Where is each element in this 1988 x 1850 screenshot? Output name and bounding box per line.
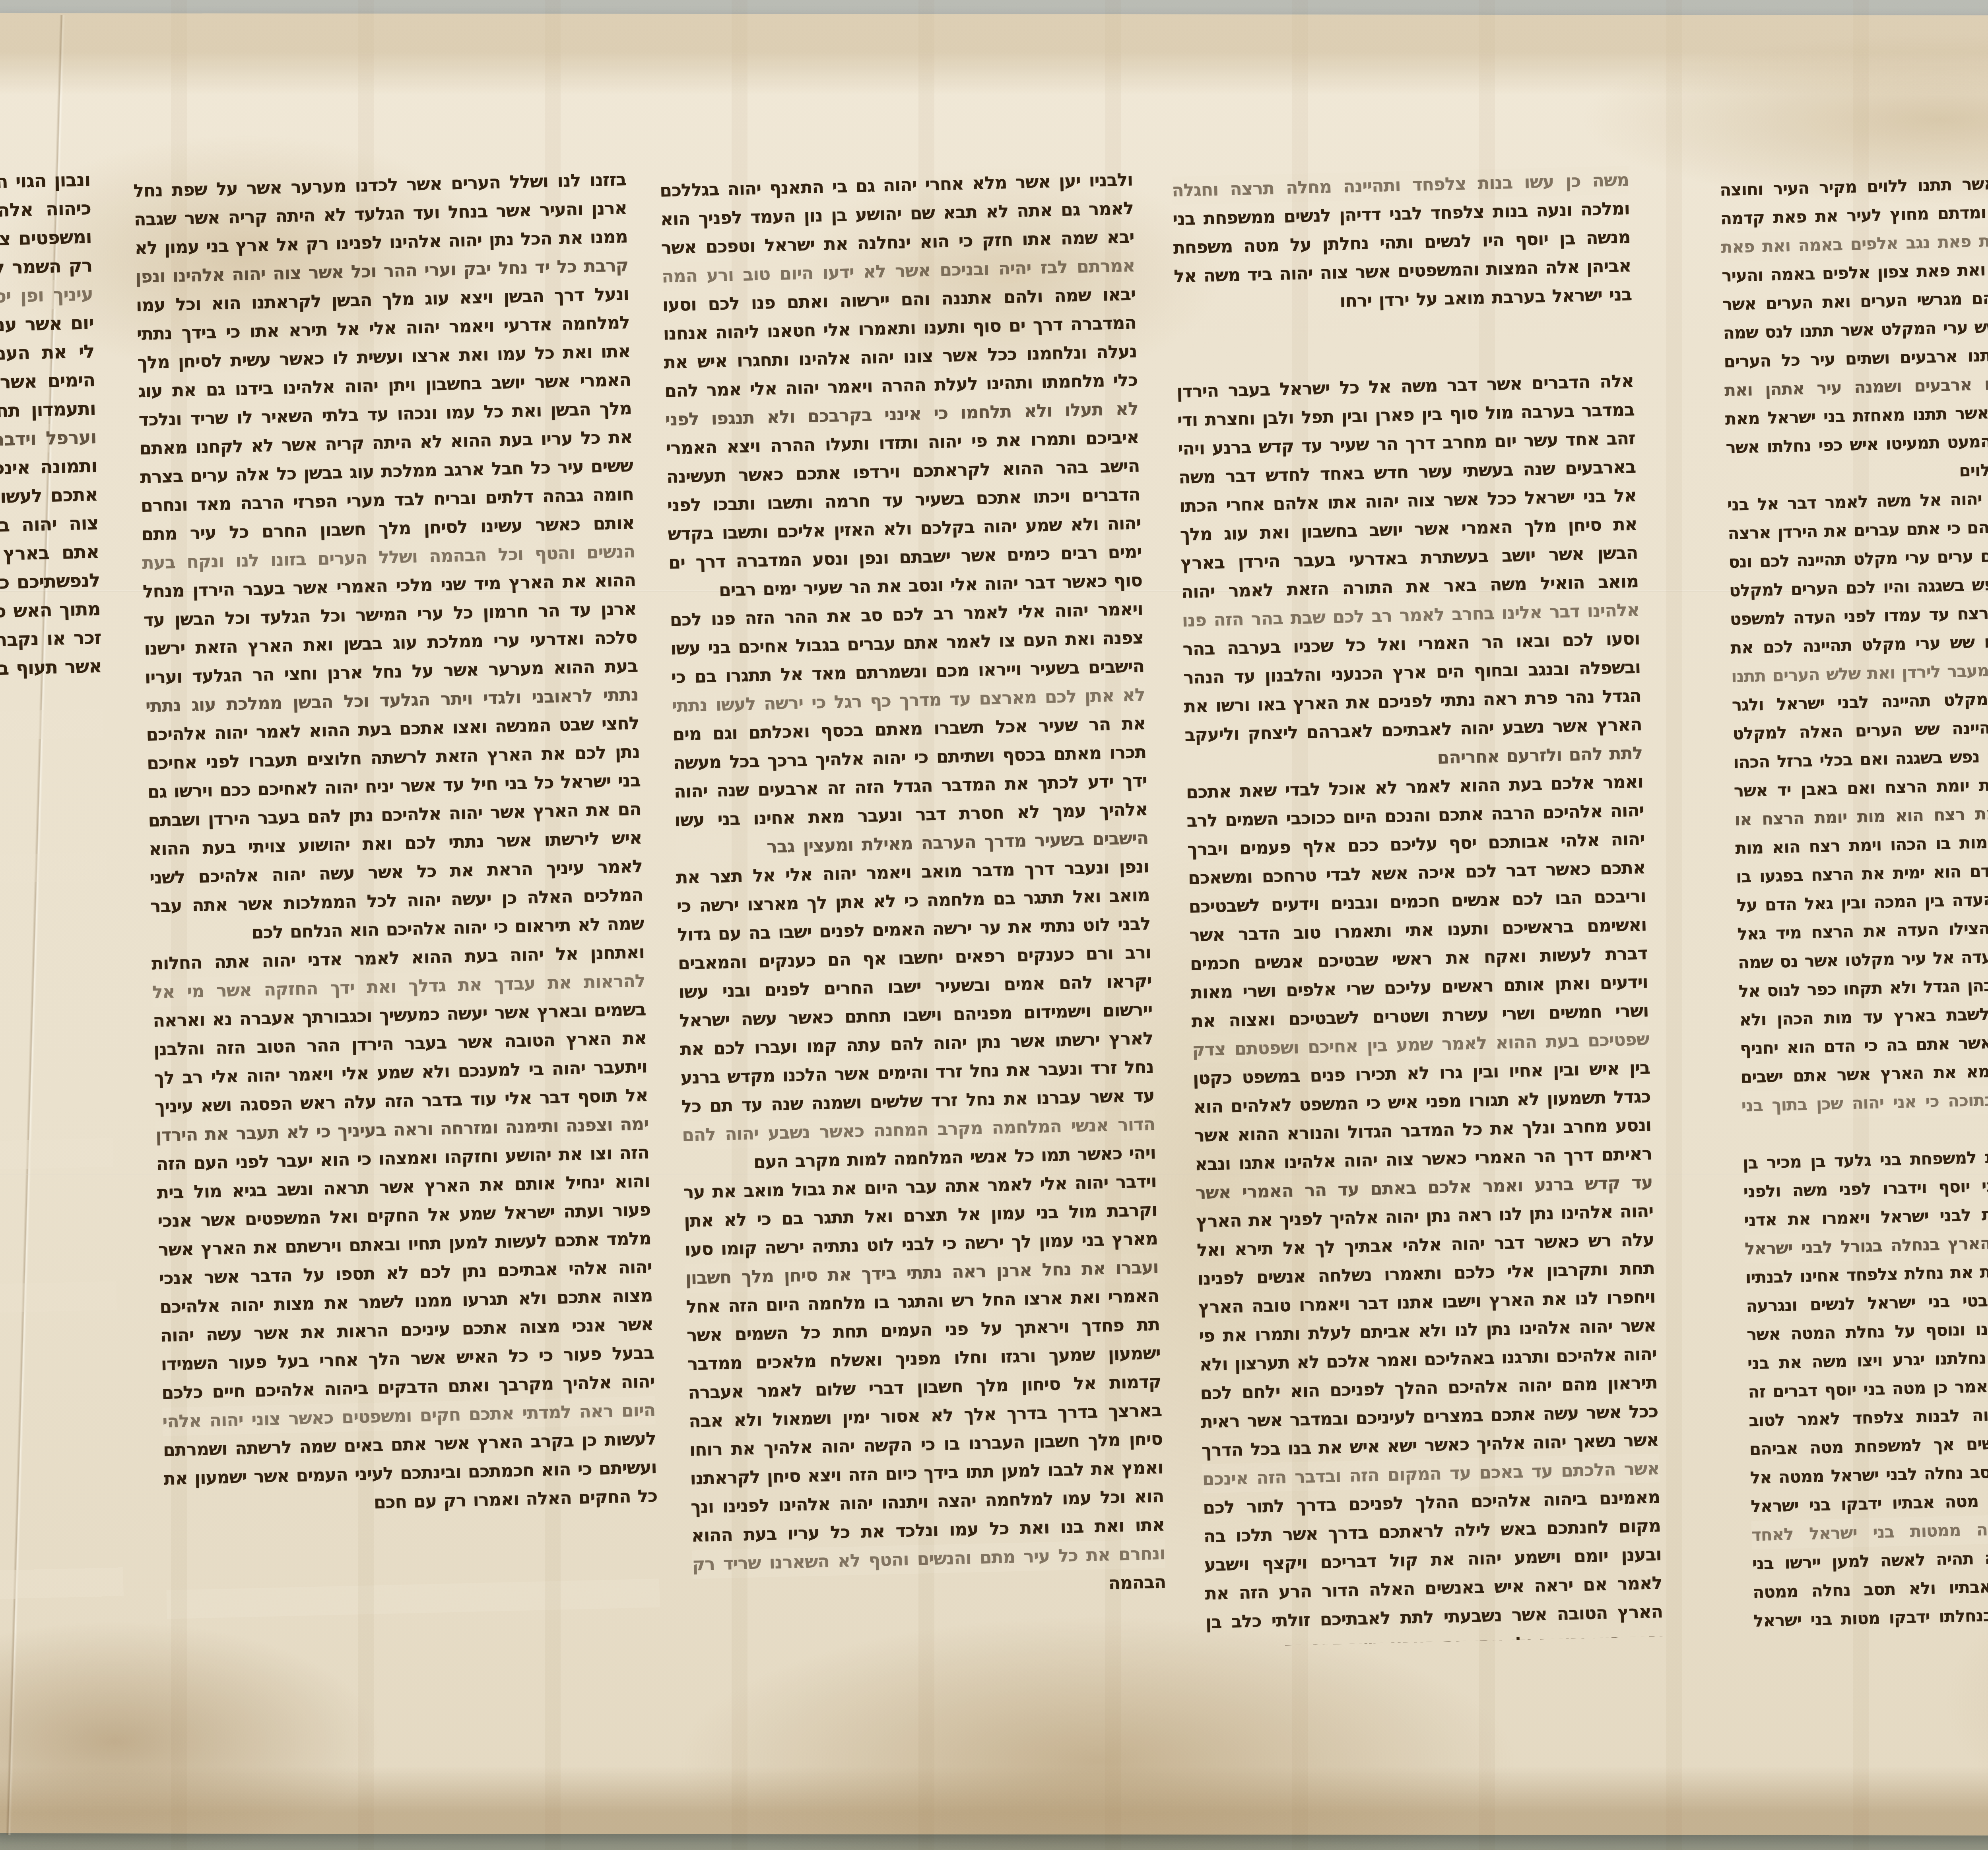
- text-column-wilderness-years: ולבניו יען אשר מלא אחרי יהוה גם בי התאנף…: [660, 165, 1167, 1647]
- column-paragraph: ואמר אלכם בעת ההוא לאמר לא אוכל לבדי שאת…: [1186, 768, 1663, 1647]
- column-paragraph: ויקרבו ראשי האבות למשפחת בני גלעד בן מכי…: [1742, 1140, 1988, 1646]
- torah-scroll-photo: בחר הגדגד ויחנו ביטבתה ויסעו מיטבתה ויחנ…: [0, 0, 1988, 1850]
- setumah-gap: [676, 852, 767, 855]
- book-break-space: [1175, 309, 1633, 378]
- text-column-deuteronomy-opening: משה כן עשו בנות צלפחד ותהיינה מחלה תרצה …: [1172, 166, 1664, 1647]
- column-paragraph: ולבניו יען אשר מלא אחרי יהוה גם בי התאנף…: [660, 165, 1143, 606]
- text-column-levitical-cities: ומגרשי הערים אשר תתנו ללוים מקיר העיר וח…: [1720, 167, 1988, 1646]
- column-paragraph: ונבון הגוי הגדול הזה כי מי גוי גדול אשר …: [0, 165, 102, 692]
- column-paragraph: וידבר יהוה אלי לאמר אתה עבר היום את גבול…: [683, 1167, 1166, 1608]
- column-paragraph: ומגרשי הערים אשר תתנו ללוים מקיר העיר וח…: [1720, 167, 1988, 491]
- column-paragraph: ואתחנן אל יהוה בעת ההוא לאמר אדני יהוה א…: [151, 938, 658, 1522]
- column-paragraph: ויאמר יהוה אלי לאמר רב לכם סב את ההר הזה…: [670, 595, 1156, 1178]
- numbers-conclusion: משה כן עשו בנות צלפחד ותהיינה מחלה תרצה …: [1172, 166, 1632, 320]
- column-paragraph: וידבר יהוה אל משה לאמר דבר אל בני ישראל …: [1727, 481, 1988, 1149]
- deuteronomy-1-1: אלה הדברים אשר דבר משה אל כל ישראל בעבר …: [1176, 367, 1642, 778]
- column-paragraph: בזזנו לנו ושלל הערים אשר לכדנו מערער אשר…: [133, 165, 644, 950]
- text-column-sihon-og: בזזנו לנו ושלל הערים אשר לכדנו מערער אשר…: [133, 165, 661, 1648]
